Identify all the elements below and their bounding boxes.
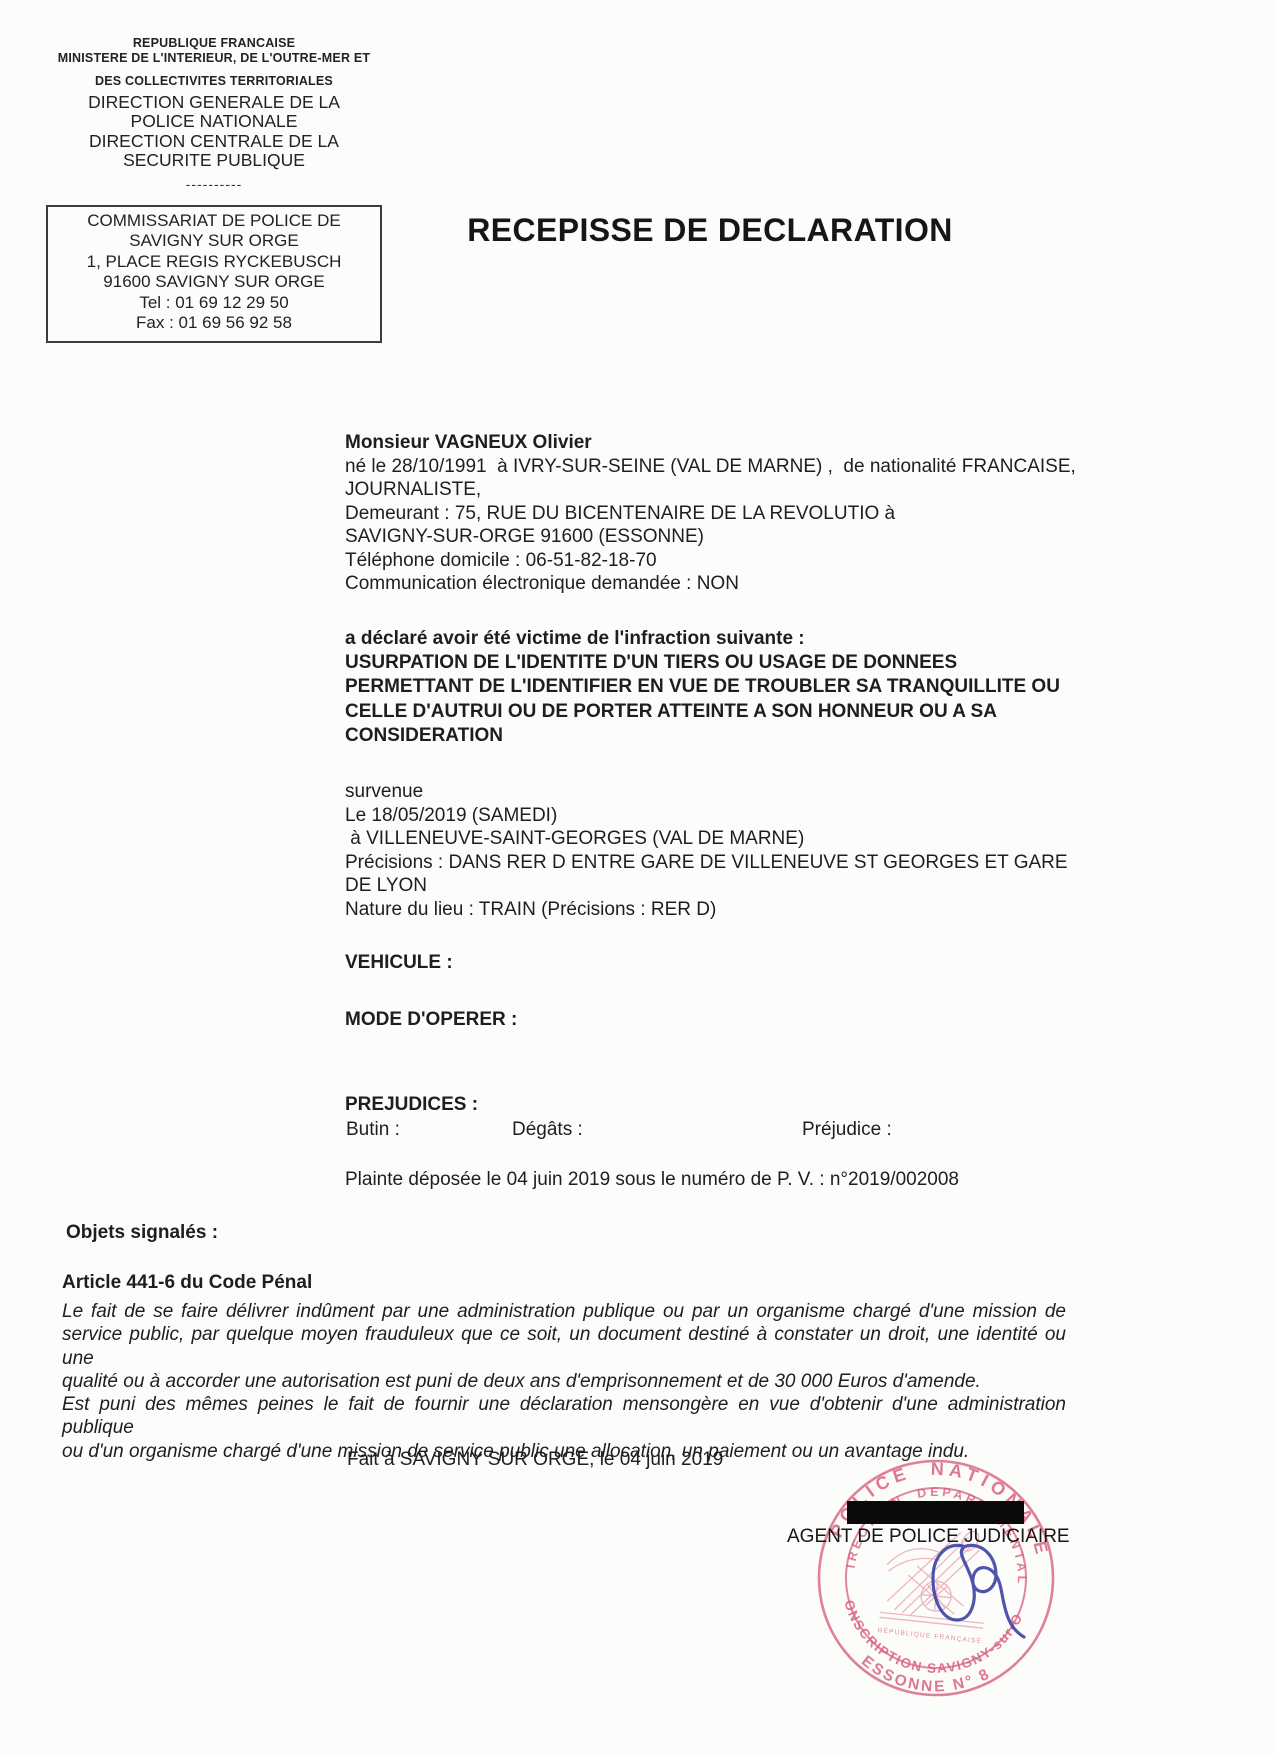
separator-dashes: ---------- [46, 176, 382, 192]
direction-line: DIRECTION GENERALE DE LA [46, 93, 382, 113]
declarant-line: JOURNALISTE, [345, 478, 1076, 502]
vehicule-label: VEHICULE : [345, 951, 453, 975]
article-heading: Article 441-6 du Code Pénal [62, 1271, 312, 1295]
infraction-intro: a déclaré avoir été victime de l'infract… [345, 627, 1060, 651]
station-line: 1, PLACE REGIS RYCKEBUSCH [48, 252, 380, 273]
direction-line: SECURITE PUBLIQUE [46, 151, 382, 171]
direction-block: DIRECTION GENERALE DE LA POLICE NATIONAL… [46, 93, 382, 171]
station-line: SAVIGNY SUR ORGE [48, 231, 380, 252]
station-line: Tel : 01 69 12 29 50 [48, 293, 380, 314]
degats-label: Dégâts : [512, 1118, 583, 1142]
signature-ink [903, 1536, 1033, 1646]
article-line: qualité ou à accorder une autorisation e… [62, 1370, 1066, 1393]
prejudice-label: Préjudice : [802, 1118, 892, 1142]
occurrence-line: à VILLENEUVE-SAINT-GEORGES (VAL DE MARNE… [345, 827, 1068, 851]
letterhead: REPUBLIQUE FRANCAISE MINISTERE DE L'INTE… [46, 36, 382, 343]
police-station-box: COMMISSARIAT DE POLICE DE SAVIGNY SUR OR… [46, 205, 382, 343]
station-line: 91600 SAVIGNY SUR ORGE [48, 272, 380, 293]
article-line: Est puni des mêmes peines le fait de fou… [62, 1393, 1066, 1440]
infraction-line: PERMETTANT DE L'IDENTIFIER EN VUE DE TRO… [345, 675, 1060, 699]
ministry-line: MINISTERE DE L'INTERIEUR, DE L'OUTRE-MER… [46, 51, 382, 66]
document-title: RECEPISSE DE DECLARATION [420, 212, 1000, 249]
infraction-line: CELLE D'AUTRUI OU DE PORTER ATTEINTE A S… [345, 700, 1060, 724]
signature-stroke [933, 1545, 1024, 1637]
occurrence-line: Le 18/05/2019 (SAMEDI) [345, 804, 1068, 828]
article-line: Le fait de se faire délivrer indûment pa… [62, 1300, 1066, 1323]
declarant-line: né le 28/10/1991 à IVRY-SUR-SEINE (VAL D… [345, 455, 1076, 479]
mode-operer-label: MODE D'OPERER : [345, 1008, 517, 1032]
declarant-name: Monsieur VAGNEUX Olivier [345, 431, 1076, 455]
declarant-block: Monsieur VAGNEUX Olivier né le 28/10/199… [345, 431, 1076, 596]
declarant-line: Communication électronique demandée : NO… [345, 572, 1076, 596]
station-line: Fax : 01 69 56 92 58 [48, 313, 380, 334]
direction-line: POLICE NATIONALE [46, 112, 382, 132]
infraction-line: CONSIDERATION [345, 724, 1060, 748]
scanned-police-receipt: REPUBLIQUE FRANCAISE MINISTERE DE L'INTE… [0, 0, 1275, 1754]
prejudices-label: PREJUDICES : [345, 1093, 478, 1117]
ministry-line: DES COLLECTIVITES TERRITORIALES [46, 74, 382, 89]
article-line: service public, par quelque moyen fraudu… [62, 1323, 1066, 1370]
declarant-line: Demeurant : 75, RUE DU BICENTENAIRE DE L… [345, 502, 1076, 526]
ministry-line: REPUBLIQUE FRANCAISE [46, 36, 382, 51]
occurrence-line: Précisions : DANS RER D ENTRE GARE DE VI… [345, 851, 1068, 875]
fait-a-line: Fait à SAVIGNY SUR ORGE, le 04 juin 2019 [347, 1448, 723, 1472]
direction-line: DIRECTION CENTRALE DE LA [46, 132, 382, 152]
declarant-line: Téléphone domicile : 06-51-82-18-70 [345, 549, 1076, 573]
redaction-bar [847, 1501, 1024, 1524]
infraction-block: a déclaré avoir été victime de l'infract… [345, 627, 1060, 748]
infraction-line: USURPATION DE L'IDENTITE D'UN TIERS OU U… [345, 651, 1060, 675]
station-line: COMMISSARIAT DE POLICE DE [48, 211, 380, 232]
butin-label: Butin : [346, 1118, 400, 1142]
ministry-block: REPUBLIQUE FRANCAISE MINISTERE DE L'INTE… [46, 36, 382, 89]
declarant-line: SAVIGNY-SUR-ORGE 91600 (ESSONNE) [345, 525, 1076, 549]
occurrence-line: Nature du lieu : TRAIN (Précisions : RER… [345, 898, 1068, 922]
occurrence-line: survenue [345, 780, 1068, 804]
objets-signales-label: Objets signalés : [66, 1221, 218, 1245]
plainte-reference: Plainte déposée le 04 juin 2019 sous le … [345, 1168, 959, 1192]
occurrence-block: survenue Le 18/05/2019 (SAMEDI) à VILLEN… [345, 780, 1068, 921]
occurrence-line: DE LYON [345, 874, 1068, 898]
